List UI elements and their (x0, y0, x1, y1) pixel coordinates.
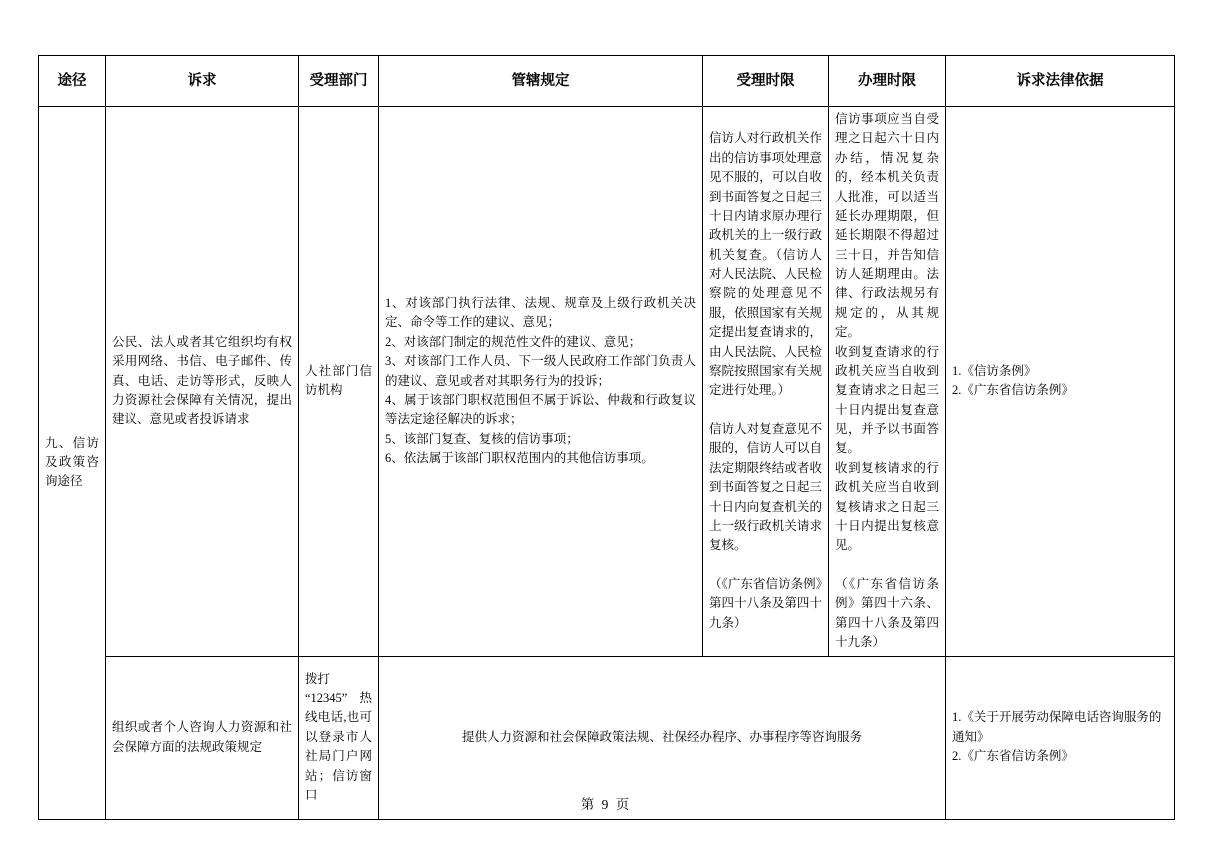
table-row: 九、信访及政策咨询途径 公民、法人或者其它组织均有权采用网络、书信、电子邮件、传… (39, 107, 1175, 657)
header-cell-appeal: 诉求 (106, 56, 299, 107)
petition-policy-table: 途径 诉求 受理部门 管辖规定 受理时限 办理时限 诉求法律依据 九、信访及政策… (38, 55, 1175, 820)
cell-legal-basis-1: 1.《信访条例》 2.《广东省信访条例》 (946, 107, 1175, 657)
table-header-row: 途径 诉求 受理部门 管辖规定 受理时限 办理时限 诉求法律依据 (39, 56, 1175, 107)
cell-acceptance-limit-1: 信访人对行政机关作出的信访事项处理意见不服的，可以自收到书面答复之日起三十日内请… (703, 107, 829, 657)
header-cell-acceptance-limit: 受理时限 (703, 56, 829, 107)
header-cell-jurisdiction: 管辖规定 (379, 56, 703, 107)
document-page: 途径 诉求 受理部门 管辖规定 受理时限 办理时限 诉求法律依据 九、信访及政策… (0, 0, 1212, 849)
page-number: 第 9 页 (0, 793, 1212, 813)
cell-department-1: 人社部门信访机构 (299, 107, 379, 657)
header-cell-legal-basis: 诉求法律依据 (946, 56, 1175, 107)
cell-jurisdiction-1: 1、对该部门执行法律、法规、规章及上级行政机关决定、命令等工作的建议、意见； 2… (379, 107, 703, 657)
cell-appeal-1: 公民、法人或者其它组织均有权采用网络、书信、电子邮件、传真、电话、走访等形式，反… (106, 107, 299, 657)
cell-processing-limit-1: 信访事项应当自受理之日起六十日内办结，情况复杂的，经本机关负责人批准，可以适当延… (829, 107, 946, 657)
header-cell-route: 途径 (39, 56, 106, 107)
header-cell-processing-limit: 办理时限 (829, 56, 946, 107)
cell-route: 九、信访及政策咨询途径 (39, 107, 106, 820)
header-cell-department: 受理部门 (299, 56, 379, 107)
